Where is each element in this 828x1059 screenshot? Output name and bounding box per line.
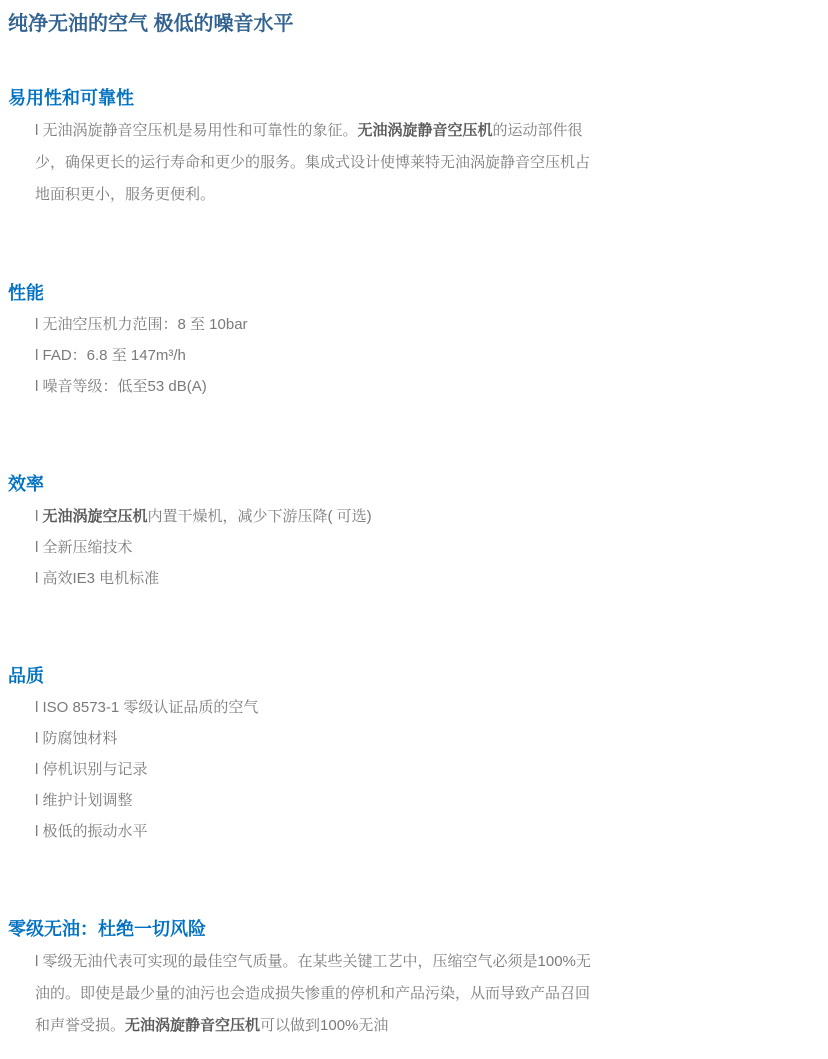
bold-text-segment: 无油涡旋空压机 [43,508,148,525]
text-segment: l 无油涡旋静音空压机是易用性和可靠性的象征。 [35,122,358,139]
list-item: l 极低的振动水平 [35,816,625,847]
text-segment: l 维护计划调整 [35,792,133,809]
page-title: 纯净无油的空气 极低的噪音水平 [8,12,820,36]
section-heading: 零级无油：杜绝一切风险 [8,919,820,941]
text-segment: l 全新压缩技术 [35,539,133,556]
text-segment: 内置干燥机，减少下游压降( 可选) [148,508,372,525]
text-segment: l ISO 8573-1 零级认证品质的空气 [35,699,258,716]
text-segment: l [35,508,43,525]
bold-text-segment: 无油涡旋静音空压机 [358,122,493,139]
bold-text-segment: 无油涡旋静音空压机 [125,1017,260,1034]
list-item: l 停机识别与记录 [35,754,625,785]
list-item: l 高效IE3 电机标准 [35,563,625,594]
section-heading: 性能 [8,283,820,305]
section-heading: 品质 [8,666,820,688]
paragraph: l 无油涡旋静音空压机是易用性和可靠性的象征。无油涡旋静音空压机的运动部件很少，… [8,115,598,211]
section-usability-reliability: 易用性和可靠性 l 无油涡旋静音空压机是易用性和可靠性的象征。无油涡旋静音空压机… [8,88,820,211]
section-heading: 易用性和可靠性 [8,88,820,110]
text-segment: l 防腐蚀材料 [35,730,118,747]
section-quality: 品质 l ISO 8573-1 零级认证品质的空气 l 防腐蚀材料 l 停机识别… [8,666,820,848]
bullet-list: l ISO 8573-1 零级认证品质的空气 l 防腐蚀材料 l 停机识别与记录… [8,692,820,847]
text-segment: l 无油空压机力范围：8 至 10bar [35,316,248,333]
list-item: l 噪音等级：低至53 dB(A) [35,371,625,402]
section-efficiency: 效率 l 无油涡旋空压机内置干燥机，减少下游压降( 可选) l 全新压缩技术 l… [8,474,820,594]
bullet-list: l 无油涡旋空压机内置干燥机，减少下游压降( 可选) l 全新压缩技术 l 高效… [8,501,820,594]
paragraph: l 零级无油代表可实现的最佳空气质量。在某些关键工艺中，压缩空气必须是100%无… [8,946,598,1042]
text-segment: l FAD：6.8 至 147m³/h [35,347,186,364]
list-item: l 全新压缩技术 [35,532,625,563]
list-item: l ISO 8573-1 零级认证品质的空气 [35,692,625,723]
text-segment: l 极低的振动水平 [35,823,148,840]
text-segment: l 高效IE3 电机标准 [35,570,159,587]
text-segment: 可以做到100%无油 [260,1017,388,1034]
bullet-list: l 无油空压机力范围：8 至 10bar l FAD：6.8 至 147m³/h… [8,309,820,402]
list-item: l 无油空压机力范围：8 至 10bar [35,309,625,340]
list-item: l 防腐蚀材料 [35,723,625,754]
section-zero-oil: 零级无油：杜绝一切风险 l 零级无油代表可实现的最佳空气质量。在某些关键工艺中，… [8,919,820,1042]
text-segment: l 噪音等级：低至53 dB(A) [35,378,207,395]
list-item: l 维护计划调整 [35,785,625,816]
list-item: l FAD：6.8 至 147m³/h [35,340,625,371]
text-segment: l 停机识别与记录 [35,761,148,778]
section-performance: 性能 l 无油空压机力范围：8 至 10bar l FAD：6.8 至 147m… [8,283,820,403]
section-heading: 效率 [8,474,820,496]
document-body: 纯净无油的空气 极低的噪音水平 易用性和可靠性 l 无油涡旋静音空压机是易用性和… [0,0,828,1042]
list-item: l 无油涡旋空压机内置干燥机，减少下游压降( 可选) [35,501,625,532]
